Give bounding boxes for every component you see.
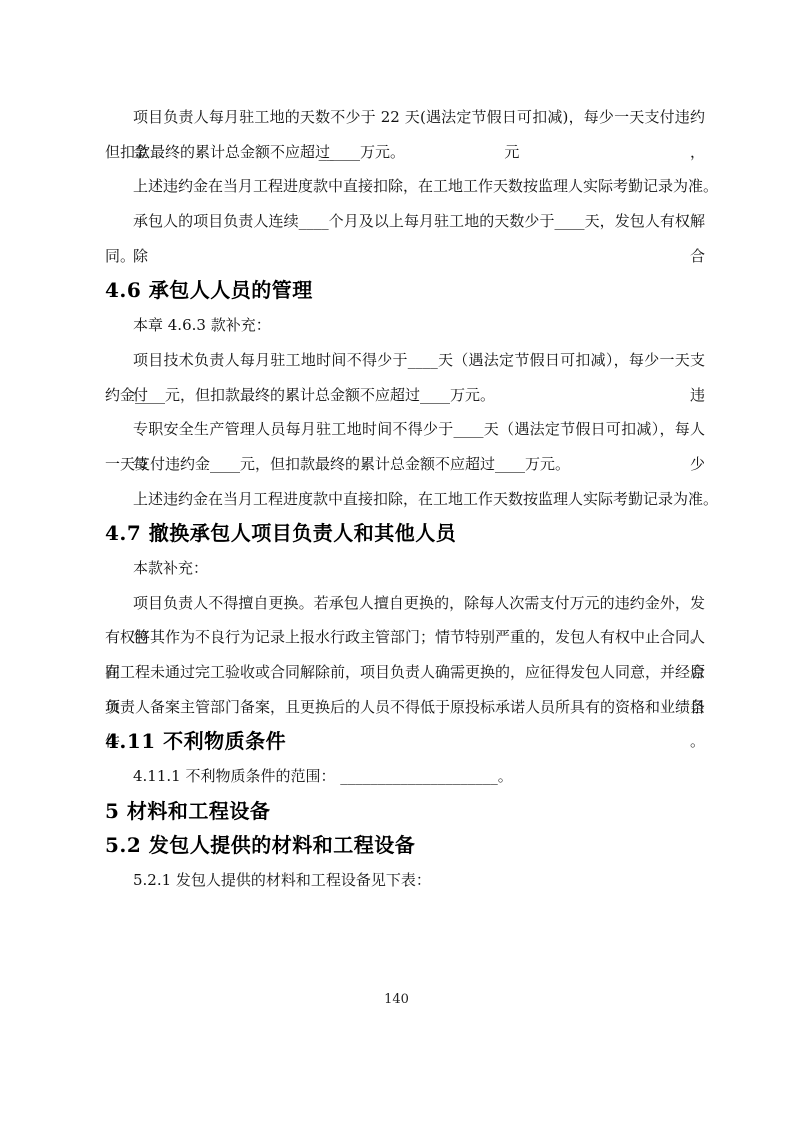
paragraph-line: 项目负责人不得擅自更换。若承包人擅自更换的，除每人次需支付万元的违约金外，发包人	[105, 586, 705, 621]
section-heading: 5.2 发包人提供的材料和工程设备	[105, 828, 705, 863]
paragraph-line: 专职安全生产管理人员每月驻工地时间不得少于____天（遇法定节假日可扣减），每人…	[105, 412, 705, 447]
paragraph-line: 承包人的项目负责人连续____个月及以上每月驻工地的天数少于____天，发包人有…	[105, 204, 705, 239]
paragraph-line: 项目技术负责人每月驻工地时间不得少于____天（遇法定节假日可扣减），每少一天支…	[105, 343, 705, 378]
paragraph-line: 4.11.1 不利物质条件的范围： _____________________。	[105, 759, 705, 794]
paragraph-line: 本章 4.6.3 款补充：	[105, 308, 705, 343]
document-page: 项目负责人每月驻工地的天数不少于 22 天(遇法定节假日可扣减)，每少一天支付违…	[0, 0, 793, 1122]
paragraph-line: 同工程未通过完工验收或合同解除前，项目负责人确需更换的，应征得发包人同意，并经原…	[105, 655, 705, 690]
paragraph-line: 有权将其作为不良行为记录上报水行政主管部门；情节特别严重的，发包人有权中止合同。…	[105, 620, 705, 655]
paragraph-line: 上述违约金在当月工程进度款中直接扣除，在工地工作天数按监理人实际考勤记录为准。	[105, 169, 705, 204]
paragraph-line: 上述违约金在当月工程进度款中直接扣除，在工地工作天数按监理人实际考勤记录为准。	[105, 482, 705, 517]
document-body: 项目负责人每月驻工地的天数不少于 22 天(遇法定节假日可扣减)，每少一天支付违…	[105, 100, 705, 898]
section-heading: 4.6 承包人人员的管理	[105, 273, 705, 308]
section-heading: 4.7 撤换承包人项目负责人和其他人员	[105, 516, 705, 551]
section-heading: 5 材料和工程设备	[105, 794, 705, 829]
page-number: 140	[0, 992, 793, 1007]
paragraph-line: 5.2.1 发包人提供的材料和工程设备见下表：	[105, 863, 705, 898]
paragraph-line: 本款补充：	[105, 551, 705, 586]
paragraph-line: 负责人备案主管部门备案，且更换后的人员不得低于原投标承诺人员所具有的资格和业绩条…	[105, 690, 705, 725]
paragraph-line: 项目负责人每月驻工地的天数不少于 22 天(遇法定节假日可扣减)，每少一天支付违…	[105, 100, 705, 135]
